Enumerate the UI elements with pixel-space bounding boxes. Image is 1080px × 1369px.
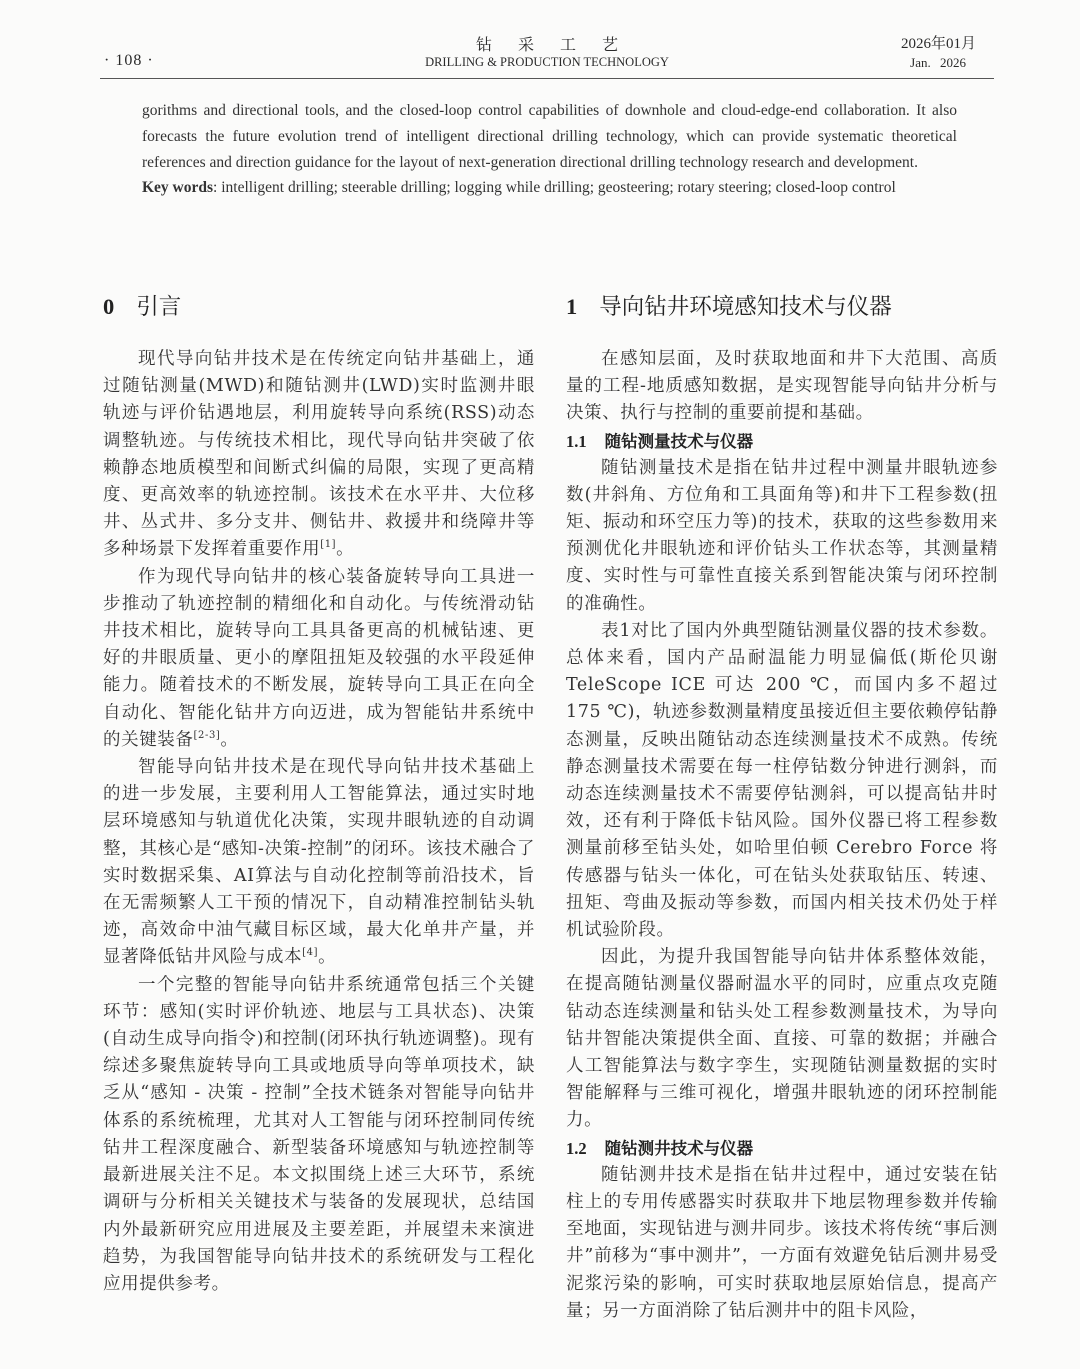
subsection-1-1-paragraph-2: 表1对比了国内外典型随钻测量仪器的技术参数。总体来看，国内产品耐温能力明显偏低(… xyxy=(566,618,998,944)
keywords-list: : intelligent drilling; steerable drilli… xyxy=(213,179,896,196)
issue-date-en: Jan. 2026 xyxy=(910,55,966,71)
keywords: Key words: intelligent drilling; steerab… xyxy=(142,175,957,201)
issue-date-cn: 2026年01月 xyxy=(901,32,976,53)
journal-title-en: DRILLING & PRODUCTION TECHNOLOGY xyxy=(100,55,994,70)
citation[interactable]: [2-3] xyxy=(194,730,221,741)
subsection-1-1-paragraph-3: 因此，为提升我国智能导向钻井体系整体效能，在提高随钻测量仪器耐温水平的同时，应重… xyxy=(566,944,998,1134)
abstract-text: gorithms and directional tools, and the … xyxy=(142,98,957,175)
subsection-1-1-heading: 1.1随钻测量技术与仪器 xyxy=(566,428,998,455)
intro-paragraph-1: 现代导向钻井技术是在传统定向钻井基础上，通过随钻测量(MWD)和随钻测井(LWD… xyxy=(103,346,535,564)
subsection-1-2-heading: 1.2随钻测井技术与仪器 xyxy=(566,1135,998,1162)
intro-paragraph-4: 一个完整的智能导向钻井系统通常包括三个关键环节：感知(实时评价轨迹、地层与工具状… xyxy=(103,972,535,1298)
running-header: · 108 · 钻采工艺 DRILLING & PRODUCTION TECHN… xyxy=(100,28,994,79)
journal-title-cn: 钻采工艺 xyxy=(100,32,994,55)
intro-paragraph-2: 作为现代导向钻井的核心装备旋转导向工具进一步推动了轨迹控制的精细化和自动化。与传… xyxy=(103,564,535,754)
citation[interactable]: [1] xyxy=(320,540,336,551)
left-column: 0引言 现代导向钻井技术是在传统定向钻井基础上，通过随钻测量(MWD)和随钻测井… xyxy=(103,290,535,1298)
intro-paragraph-3: 智能导向钻井技术是在现代导向钻井技术基础上的进一步发展，主要利用人工智能算法，通… xyxy=(103,754,535,972)
subsection-1-2-paragraph-1: 随钻测井技术是指在钻井过程中，通过安装在钻柱上的专用传感器实时获取井下地层物理参… xyxy=(566,1162,998,1325)
citation[interactable]: [4] xyxy=(302,948,318,959)
subsection-1-1-paragraph-1: 随钻测量技术是指在钻井过程中测量井眼轨迹参数(井斜角、方位角和工具面角等)和井下… xyxy=(566,455,998,618)
keywords-label: Key words xyxy=(142,179,213,196)
right-column: 1导向钻井环境感知技术与仪器 在感知层面，及时获取地面和井下大范围、高质量的工程… xyxy=(566,290,998,1325)
section-1-heading: 1导向钻井环境感知技术与仪器 xyxy=(566,290,998,324)
english-abstract: gorithms and directional tools, and the … xyxy=(142,98,957,201)
section-1-intro: 在感知层面，及时获取地面和井下大范围、高质量的工程-地质感知数据，是实现智能导向… xyxy=(566,346,998,428)
section-0-heading: 0引言 xyxy=(103,290,535,324)
